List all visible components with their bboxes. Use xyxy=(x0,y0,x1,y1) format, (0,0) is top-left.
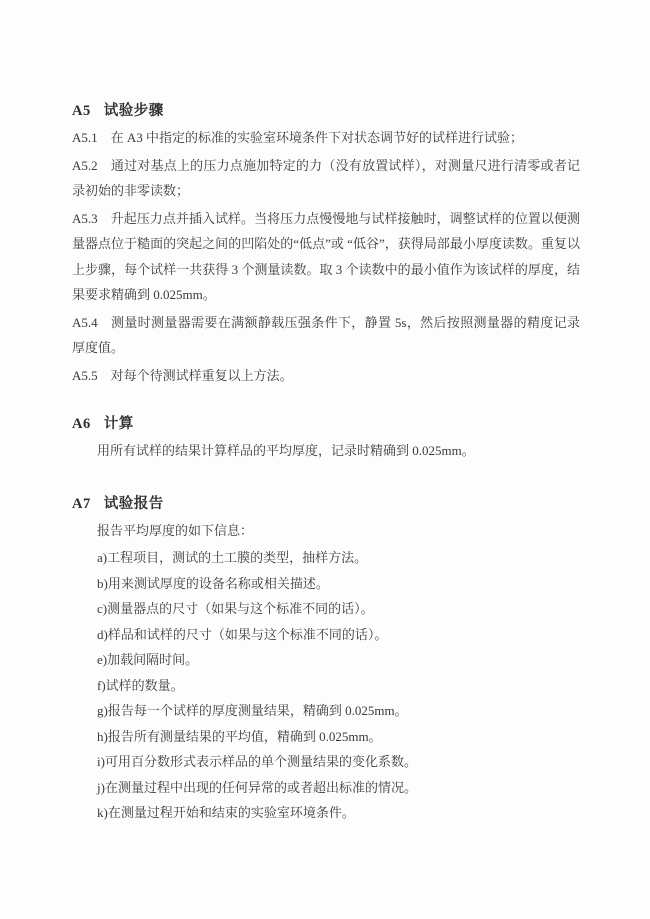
report-item-a: a)工程项目，测试的土工膜的类型，抽样方法。 xyxy=(72,545,580,571)
section-a5-heading: A5试验步骤 xyxy=(72,101,580,121)
report-item-c: c)测量器点的尺寸（如果与这个标准不同的话）。 xyxy=(72,596,580,622)
report-item-d: d)样品和试样的尺寸（如果与这个标准不同的话）。 xyxy=(72,622,580,648)
report-item-g: g)报告每一个试样的厚度测量结果，精确到 0.025mm。 xyxy=(72,698,580,724)
report-item-k: k)在测量过程开始和结束的实验室环境条件。 xyxy=(72,800,580,826)
clause-number: A5.5 xyxy=(72,368,98,383)
document-content: A5试验步骤 A5.1在 A3 中指定的标准的实验室环境条件下对状态调节好的试样… xyxy=(72,101,580,826)
document-page: A5试验步骤 A5.1在 A3 中指定的标准的实验室环境条件下对状态调节好的试样… xyxy=(0,0,650,919)
clause-text: 对每个待测试样重复以上方法。 xyxy=(111,368,293,383)
report-item-b: b)用来测试厚度的设备名称或相关描述。 xyxy=(72,571,580,597)
clause-number: A5.3 xyxy=(72,211,98,226)
report-item-f: f)试样的数量。 xyxy=(72,673,580,699)
section-a7-number: A7 xyxy=(72,496,91,512)
clause-a6-body: 用所有试样的结果计算样品的平均厚度，记录时精确到 0.025mm。 xyxy=(72,438,580,464)
clause-number: A5.1 xyxy=(72,130,98,145)
section-a7: A7试验报告 报告平均厚度的如下信息： a)工程项目，测试的土工膜的类型，抽样方… xyxy=(72,494,580,826)
clause-a5-5: A5.5对每个待测试样重复以上方法。 xyxy=(72,363,580,389)
clause-text: 升起压力点并插入试样。当将压力点慢慢地与试样接触时，调整试样的位置以便测量器点位… xyxy=(72,211,580,303)
clause-number: A5.4 xyxy=(72,315,98,330)
report-intro: 报告平均厚度的如下信息： xyxy=(72,518,580,544)
report-item-i: i)可用百分数形式表示样品的单个测量结果的变化系数。 xyxy=(72,749,580,775)
clause-a5-2: A5.2通过对基点上的压力点施加特定的力（没有放置试样），对测量尺进行清零或者记… xyxy=(72,153,580,204)
section-a6-heading: A6计算 xyxy=(72,414,580,434)
clause-text: 测量时测量器需要在满额静载压强条件下，静置 5s，然后按照测量器的精度记录厚度值… xyxy=(72,315,580,356)
report-item-e: e)加载间隔时间。 xyxy=(72,647,580,673)
clause-a5-3: A5.3升起压力点并插入试样。当将压力点慢慢地与试样接触时，调整试样的位置以便测… xyxy=(72,206,580,308)
clause-text: 通过对基点上的压力点施加特定的力（没有放置试样），对测量尺进行清零或者记录初始的… xyxy=(72,158,580,199)
section-a6-number: A6 xyxy=(72,416,91,432)
section-a5-title: 试验步骤 xyxy=(104,103,164,119)
clause-number: A5.2 xyxy=(72,158,98,173)
clause-a5-1: A5.1在 A3 中指定的标准的实验室环境条件下对状态调节好的试样进行试验； xyxy=(72,125,580,151)
clause-a5-4: A5.4测量时测量器需要在满额静载压强条件下，静置 5s，然后按照测量器的精度记… xyxy=(72,310,580,361)
section-a6-title: 计算 xyxy=(104,416,134,432)
section-a5: A5试验步骤 A5.1在 A3 中指定的标准的实验室环境条件下对状态调节好的试样… xyxy=(72,101,580,388)
section-a5-number: A5 xyxy=(72,103,91,119)
section-a7-title: 试验报告 xyxy=(104,496,164,512)
section-a7-heading: A7试验报告 xyxy=(72,494,580,514)
report-item-h: h)报告所有测量结果的平均值，精确到 0.025mm。 xyxy=(72,724,580,750)
report-item-j: j)在测量过程中出现的任何异常的或者超出标准的情况。 xyxy=(72,775,580,801)
section-a6: A6计算 用所有试样的结果计算样品的平均厚度，记录时精确到 0.025mm。 xyxy=(72,414,580,464)
clause-text: 在 A3 中指定的标准的实验室环境条件下对状态调节好的试样进行试验； xyxy=(111,130,523,145)
